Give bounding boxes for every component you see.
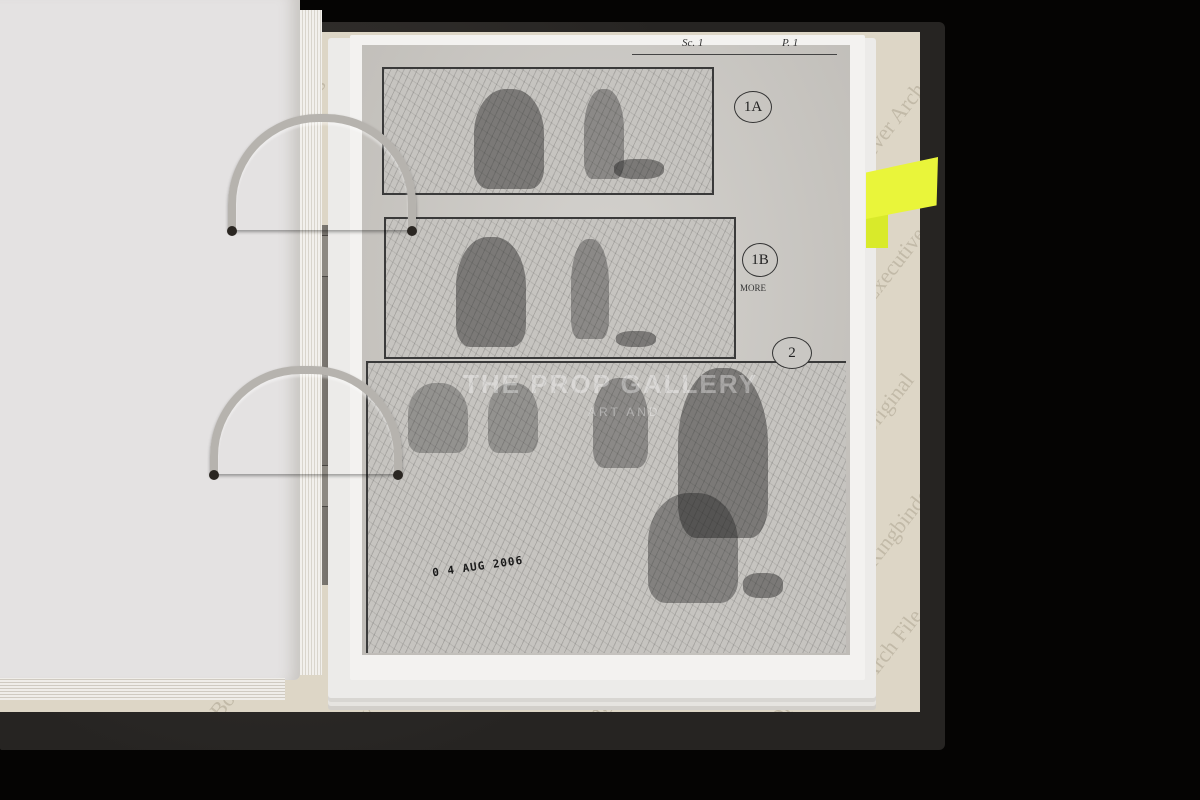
header-rule <box>632 54 837 55</box>
shot-number: 2 <box>772 337 812 369</box>
panel-note: MORE <box>740 283 766 293</box>
shot-number: 1B <box>742 243 778 277</box>
watermark-subtext: ART AND <box>588 405 661 419</box>
scene-label: Sc. 1 <box>682 37 703 49</box>
left-page-stack[interactable] <box>0 0 300 680</box>
storyboard-page[interactable]: Sc. 1 P. 1 1A 1B MORE THE PROP GALLERY A… <box>350 35 865 680</box>
page-label: P. 1 <box>782 37 798 49</box>
storyboard-panel-1b[interactable] <box>384 217 736 359</box>
storyboard-panel-1a[interactable] <box>382 67 714 195</box>
page-edges-bottom <box>0 678 285 700</box>
page-edges <box>300 10 322 675</box>
shot-number: 1A <box>734 91 772 123</box>
watermark-text: THE PROP GALLERY <box>463 369 758 400</box>
storyboard-print: Sc. 1 P. 1 1A 1B MORE THE PROP GALLERY A… <box>362 45 850 655</box>
storyboard-panel-2[interactable]: THE PROP GALLERY ART AND <box>366 361 846 653</box>
